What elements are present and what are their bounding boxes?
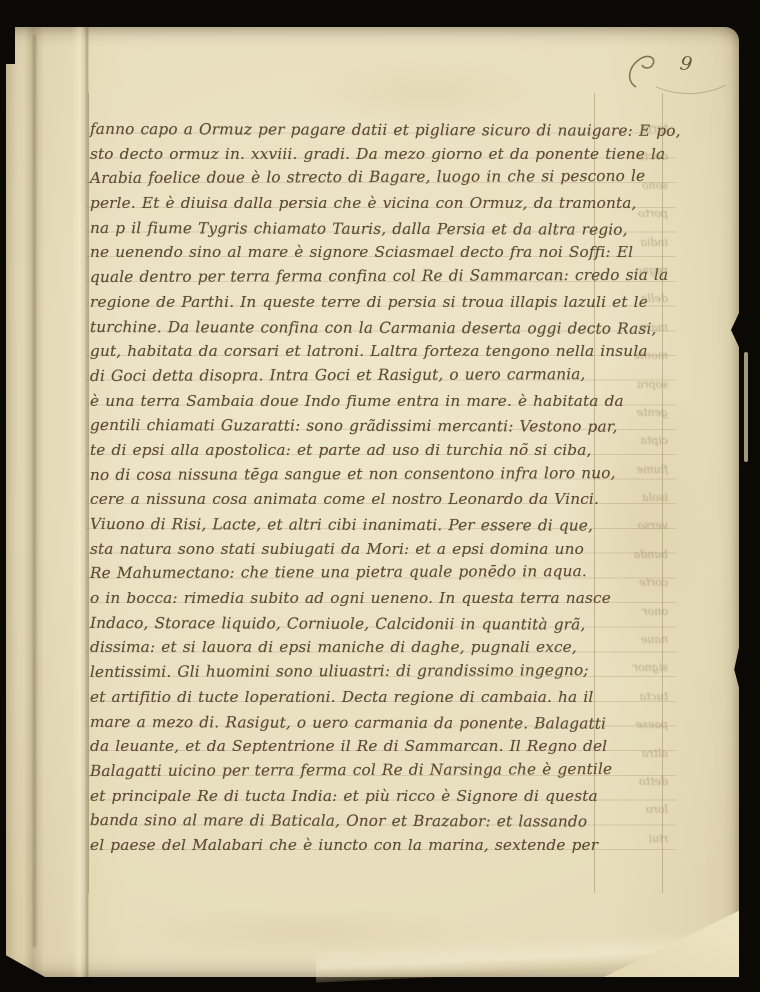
bleedthrough-fragment: decta [598,143,668,171]
bleedthrough-fragment: sono [598,172,668,200]
manuscript-line: ne uenendo sino al mare è signore Sciasm… [90,240,650,265]
manuscript-line: cere a nissuna cosa animata come el nost… [90,487,650,512]
folio-number: 9 [622,47,732,107]
bleedthrough-fragment: gente [598,399,668,427]
bleedthrough-fragment: cipta [598,427,668,455]
manuscript-line: Balagatti uicino per terra ferma col Re … [90,757,650,784]
bleedthrough-fragment: india [598,229,668,257]
manuscript-line: quale dentro per terra ferma confina col… [90,263,650,290]
manuscript-line: na p il fiume Tygris chiamato Tauris, da… [90,216,650,242]
manuscript-line: te di epsi alla apostolica: et parte ad … [90,438,650,463]
manuscript-line: mare a mezo di. Rasigut, o uero carmania… [90,710,650,736]
bleedthrough-fragment: porto [598,200,668,228]
bleedthrough-fragment: detto [598,768,668,796]
bleedthrough-fragment: riui [598,825,668,853]
manuscript-photo: 9 fanno capo a Ormuz per pagare datii et… [0,0,760,992]
manuscript-line: da leuante, et da Septentrione il Re di … [90,734,650,759]
bleedthrough-fragment: banda [598,541,668,569]
bleedthrough-fragment: loro [598,796,668,824]
manuscript-line: et principale Re di tucta India: et più … [90,784,650,809]
manuscript-line: fanno capo a Ormuz per pagare datii et p… [90,117,650,143]
bleedthrough-fragment: terra [598,115,668,143]
manuscript-page: 9 fanno capo a Ormuz per pagare datii et… [6,27,739,977]
book-gutter [6,27,90,977]
bleedthrough-fragment: isola [598,484,668,512]
manuscript-line: gentili chiamati Guzaratti: sono grãdiss… [90,413,650,439]
manuscript-line: et artifitio di tucte loperationi. Decta… [90,685,650,710]
manuscript-line: banda sino al mare di Baticala, Onor et … [90,808,650,834]
manuscript-line: Arabia foelice doue è lo strecto di Baga… [90,164,650,191]
bleedthrough-fragment: tucta [598,683,668,711]
manuscript-line: el paese del Malabari che è iuncto con l… [90,833,650,858]
manuscript-line: sto decto ormuz in. xxviii. gradi. Da me… [90,142,650,167]
manuscript-line: sta natura sono stati subiugati da Mori:… [90,537,650,562]
bleedthrough-fragment: della [598,285,668,313]
manuscript-line: Indaco, Storace liquido, Corniuole, Calc… [90,611,650,637]
manuscript-line: perle. Et è diuisa dalla persia che è vi… [90,191,650,216]
manuscript-line: regione de Parthi. In queste terre di pe… [90,290,650,315]
manuscript-line: è una terra Sambaia doue Indo fiume entr… [90,389,650,414]
bleedthrough-fragment: verso [598,512,668,540]
manuscript-line: no di cosa nissuna tēga sangue et non co… [90,460,650,487]
manuscript-line: Re Mahumectano: che tiene una pietra qua… [90,559,650,586]
manuscript-line: di Goci detta disopra. Intra Goci et Ras… [90,362,650,389]
bleedthrough-fragment: naue [598,626,668,654]
manuscript-line: o in bocca: rimedia subito ad ogni uenen… [90,586,650,611]
bleedthrough-fragment: corte [598,569,668,597]
bleedthrough-fragment: sopra [598,371,668,399]
ink-bleedthrough-column: terradectasonoportoindiaregnodellamaremo… [598,115,668,853]
bleedthrough-fragment: monte [598,342,668,370]
photo-edge-notch-topleft [0,0,15,64]
manuscript-line: Viuono di Risi, Lacte, et altri cibi ina… [90,512,650,538]
manuscript-text-block: fanno capo a Ormuz per pagare datii et p… [90,117,650,858]
manuscript-line: lentissimi. Gli huomini sono uliuastri: … [90,658,650,685]
bleedthrough-fragment: mare [598,314,668,342]
bleedthrough-fragment: regno [598,257,668,285]
manuscript-line: dissima: et si lauora di epsi maniche di… [90,635,650,660]
manuscript-line: turchine. Da leuante confina con la Carm… [90,315,650,341]
bleedthrough-fragment: paese [598,711,668,739]
bleedthrough-fragment: signor [598,654,668,682]
bleedthrough-fragment: altra [598,740,668,768]
manuscript-line: gut, habitata da corsari et latroni. Lal… [90,339,650,364]
folio-flourish-icon [622,47,732,107]
bleedthrough-fragment: fiume [598,456,668,484]
gutter-crease [33,35,36,947]
page-edge-sliver [744,352,748,462]
bleedthrough-fragment: onor [598,598,668,626]
margin-rule-left [88,93,89,893]
